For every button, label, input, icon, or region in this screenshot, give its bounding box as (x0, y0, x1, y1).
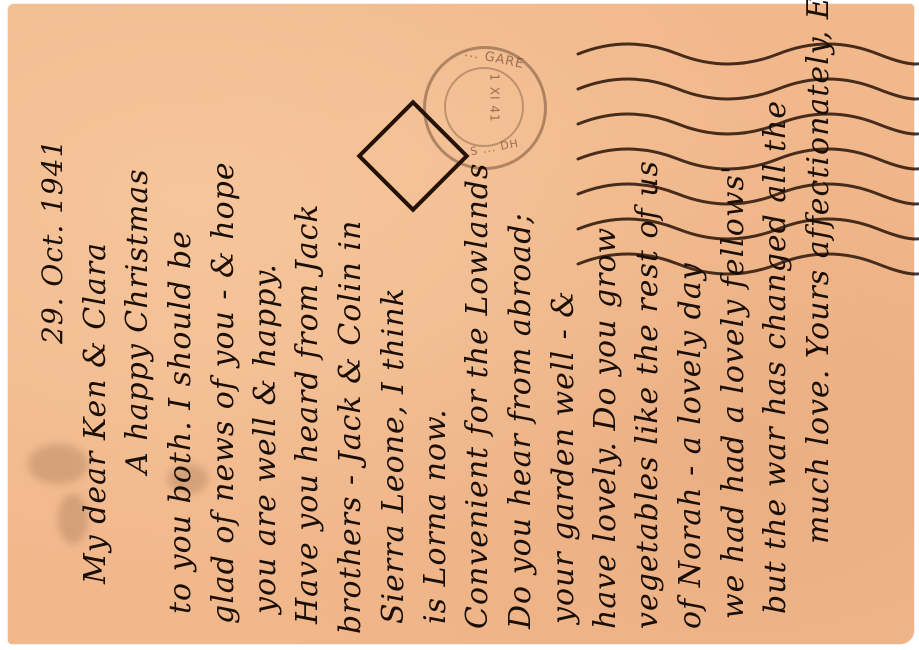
handwritten-date: 29. Oct. 1941 (36, 139, 69, 344)
handwritten-line: of Norah - a lovely day (673, 262, 708, 629)
handwritten-line: Sierra Leone, I think (376, 287, 411, 624)
handwritten-line: glad of news of you - & hope (206, 161, 241, 624)
handwritten-line: to you both. I should be (163, 230, 198, 614)
postcard: ... GARE 1 XI 41 S ... DH 29. Oct. 1941 … (8, 4, 914, 644)
handwritten-line: vegetables like the rest of us (630, 160, 665, 629)
postmark-inner-ring (444, 67, 524, 147)
handwritten-line: A happy Christmas (120, 168, 155, 474)
handwritten-line: you are well & happy. (248, 263, 283, 614)
handwritten-line: we had had a lovely fellows' (716, 165, 751, 619)
handwritten-line: much love. Yours affectionately, E. (801, 0, 836, 544)
handwritten-line: Do you hear from abroad; (503, 212, 538, 629)
handwritten-line: My dear Ken & Clara (78, 242, 113, 584)
handwritten-line: is Lorna now. (418, 408, 453, 624)
handwritten-line: your garden well - & (546, 290, 581, 624)
handwritten-line: Convenient for the Lowlands (460, 163, 495, 629)
handwritten-line: but the war has changed all the (758, 100, 793, 614)
handwritten-line: have lovely. Do you grow (588, 227, 623, 629)
postmark-date: 1 XI 41 (488, 73, 502, 122)
handwritten-line: Have you heard from Jack (290, 203, 325, 624)
handwritten-line: brothers - Jack & Colin in (333, 220, 368, 634)
